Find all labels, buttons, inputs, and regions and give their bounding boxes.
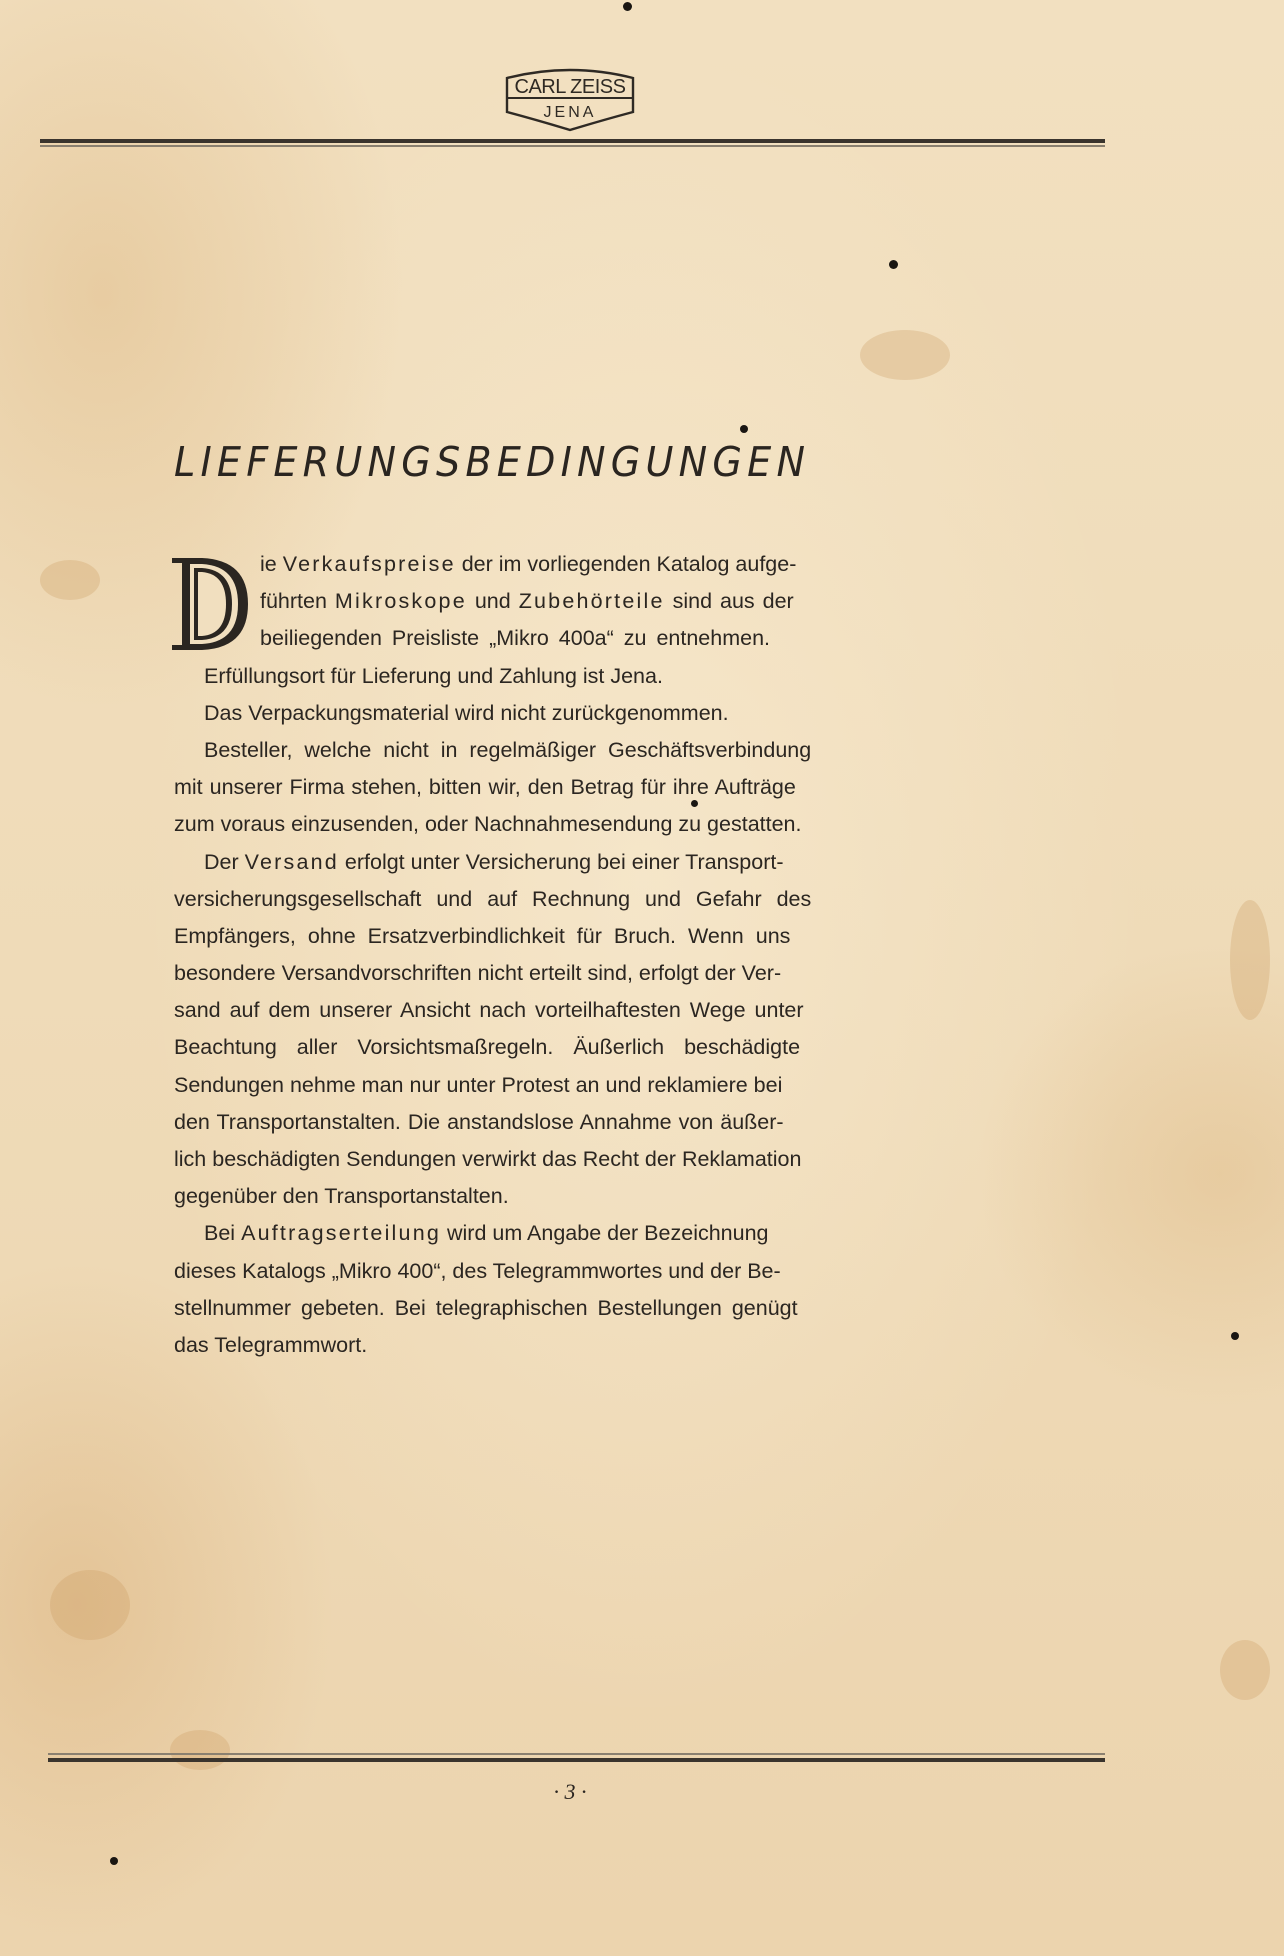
paper-stain <box>40 560 100 600</box>
ink-speck <box>1231 1332 1239 1340</box>
text-line: Bei Auftragserteilung wird um Angabe der… <box>174 1215 969 1252</box>
logo-line1: CARL ZEISS <box>515 76 626 98</box>
text-line: das Telegrammwort. <box>174 1327 969 1364</box>
text-line: versicherungsgesellschaft und auf Rechnu… <box>174 881 969 918</box>
paper-stain <box>50 1570 130 1640</box>
text-line: dieses Katalogs „Mikro 400“, des Telegra… <box>174 1253 969 1290</box>
text-line: Der Versand erfolgt unter Versicherung b… <box>174 844 969 881</box>
spaced-text: Mikroskope <box>335 589 467 613</box>
text-span: der im vorliegenden Katalog aufge- <box>456 552 797 576</box>
text-line: mit unserer Firma stehen, bitten wir, de… <box>174 769 969 806</box>
text-span: Der <box>204 850 245 874</box>
text-span: erfolgt unter Versicherung bei einer Tra… <box>339 850 784 874</box>
paper-stain <box>170 1730 230 1770</box>
text-span: führten <box>260 589 335 613</box>
header-rule <box>40 139 1105 148</box>
text-line: gegenüber den Transportanstalten. <box>174 1178 969 1215</box>
body-text: ie Verkaufspreise der im vorliegenden Ka… <box>174 546 969 1364</box>
text-line: lich beschädigten Sendungen verwirkt das… <box>174 1141 969 1178</box>
paper-stain <box>1220 1640 1270 1700</box>
text-line: führten Mikroskope und Zubehörteile sind… <box>174 583 969 620</box>
text-line: beiliegenden Preisliste „Mikro 400a“ zu … <box>174 620 969 657</box>
text-span: und <box>467 589 519 613</box>
ink-speck <box>623 2 632 11</box>
paper-stain <box>1230 900 1270 1020</box>
text-line: Empfängers, ohne Ersatzverbindlichkeit f… <box>174 918 969 955</box>
footer-rule <box>48 1753 1105 1763</box>
page-title: LIEFERUNGSBEDINGUNGEN <box>174 438 937 486</box>
spaced-text: Auftragserteilung <box>241 1221 441 1245</box>
text-line: stellnummer gebeten. Bei telegraphischen… <box>174 1290 969 1327</box>
ink-speck <box>740 425 748 433</box>
spaced-text: Zubehörteile <box>519 589 665 613</box>
ink-speck <box>110 1857 118 1865</box>
text-line: besondere Versandvorschriften nicht erte… <box>174 955 969 992</box>
rule-thin-line <box>40 145 1105 147</box>
text-line: Beachtung aller Vorsichtsmaßregeln. Äuße… <box>174 1029 969 1066</box>
text-line: zum voraus einzusenden, oder Nachnahmese… <box>174 806 969 843</box>
text-span: ie <box>260 552 283 576</box>
text-line: sand auf dem unserer Ansicht nach vortei… <box>174 992 969 1029</box>
spaced-text: Versand <box>245 850 339 874</box>
rule-thick-line <box>48 1758 1105 1762</box>
spaced-text: Verkaufspreise <box>283 552 456 576</box>
text-line: Das Verpackungsmaterial wird nicht zurüc… <box>174 695 969 732</box>
ink-speck <box>889 260 898 269</box>
logo-emblem-icon: CARL ZEISS JENA <box>503 64 637 132</box>
text-line: den Transportanstalten. Die anstandslose… <box>174 1104 969 1141</box>
logo-line2: JENA <box>544 104 597 121</box>
text-line: ie Verkaufspreise der im vorliegenden Ka… <box>174 546 969 583</box>
line-segment: ie Verkaufspreise der im vorliegenden Ka… <box>260 546 796 583</box>
paper-stain <box>860 330 950 380</box>
text-line: Erfüllungsort für Lieferung und Zahlung … <box>174 658 969 695</box>
text-span: sind aus der <box>665 589 794 613</box>
page-number: · 3 · <box>520 1779 620 1805</box>
carl-zeiss-jena-logo: CARL ZEISS JENA <box>503 64 637 132</box>
text-span: Bei <box>204 1221 241 1245</box>
text-span: wird um Angabe der Bezeichnung <box>441 1221 769 1245</box>
text-line: Besteller, welche nicht in regelmäßiger … <box>174 732 969 769</box>
rule-thick-line <box>40 139 1105 143</box>
rule-thin-line <box>48 1753 1105 1755</box>
text-line: Sendungen nehme man nur unter Protest an… <box>174 1067 969 1104</box>
